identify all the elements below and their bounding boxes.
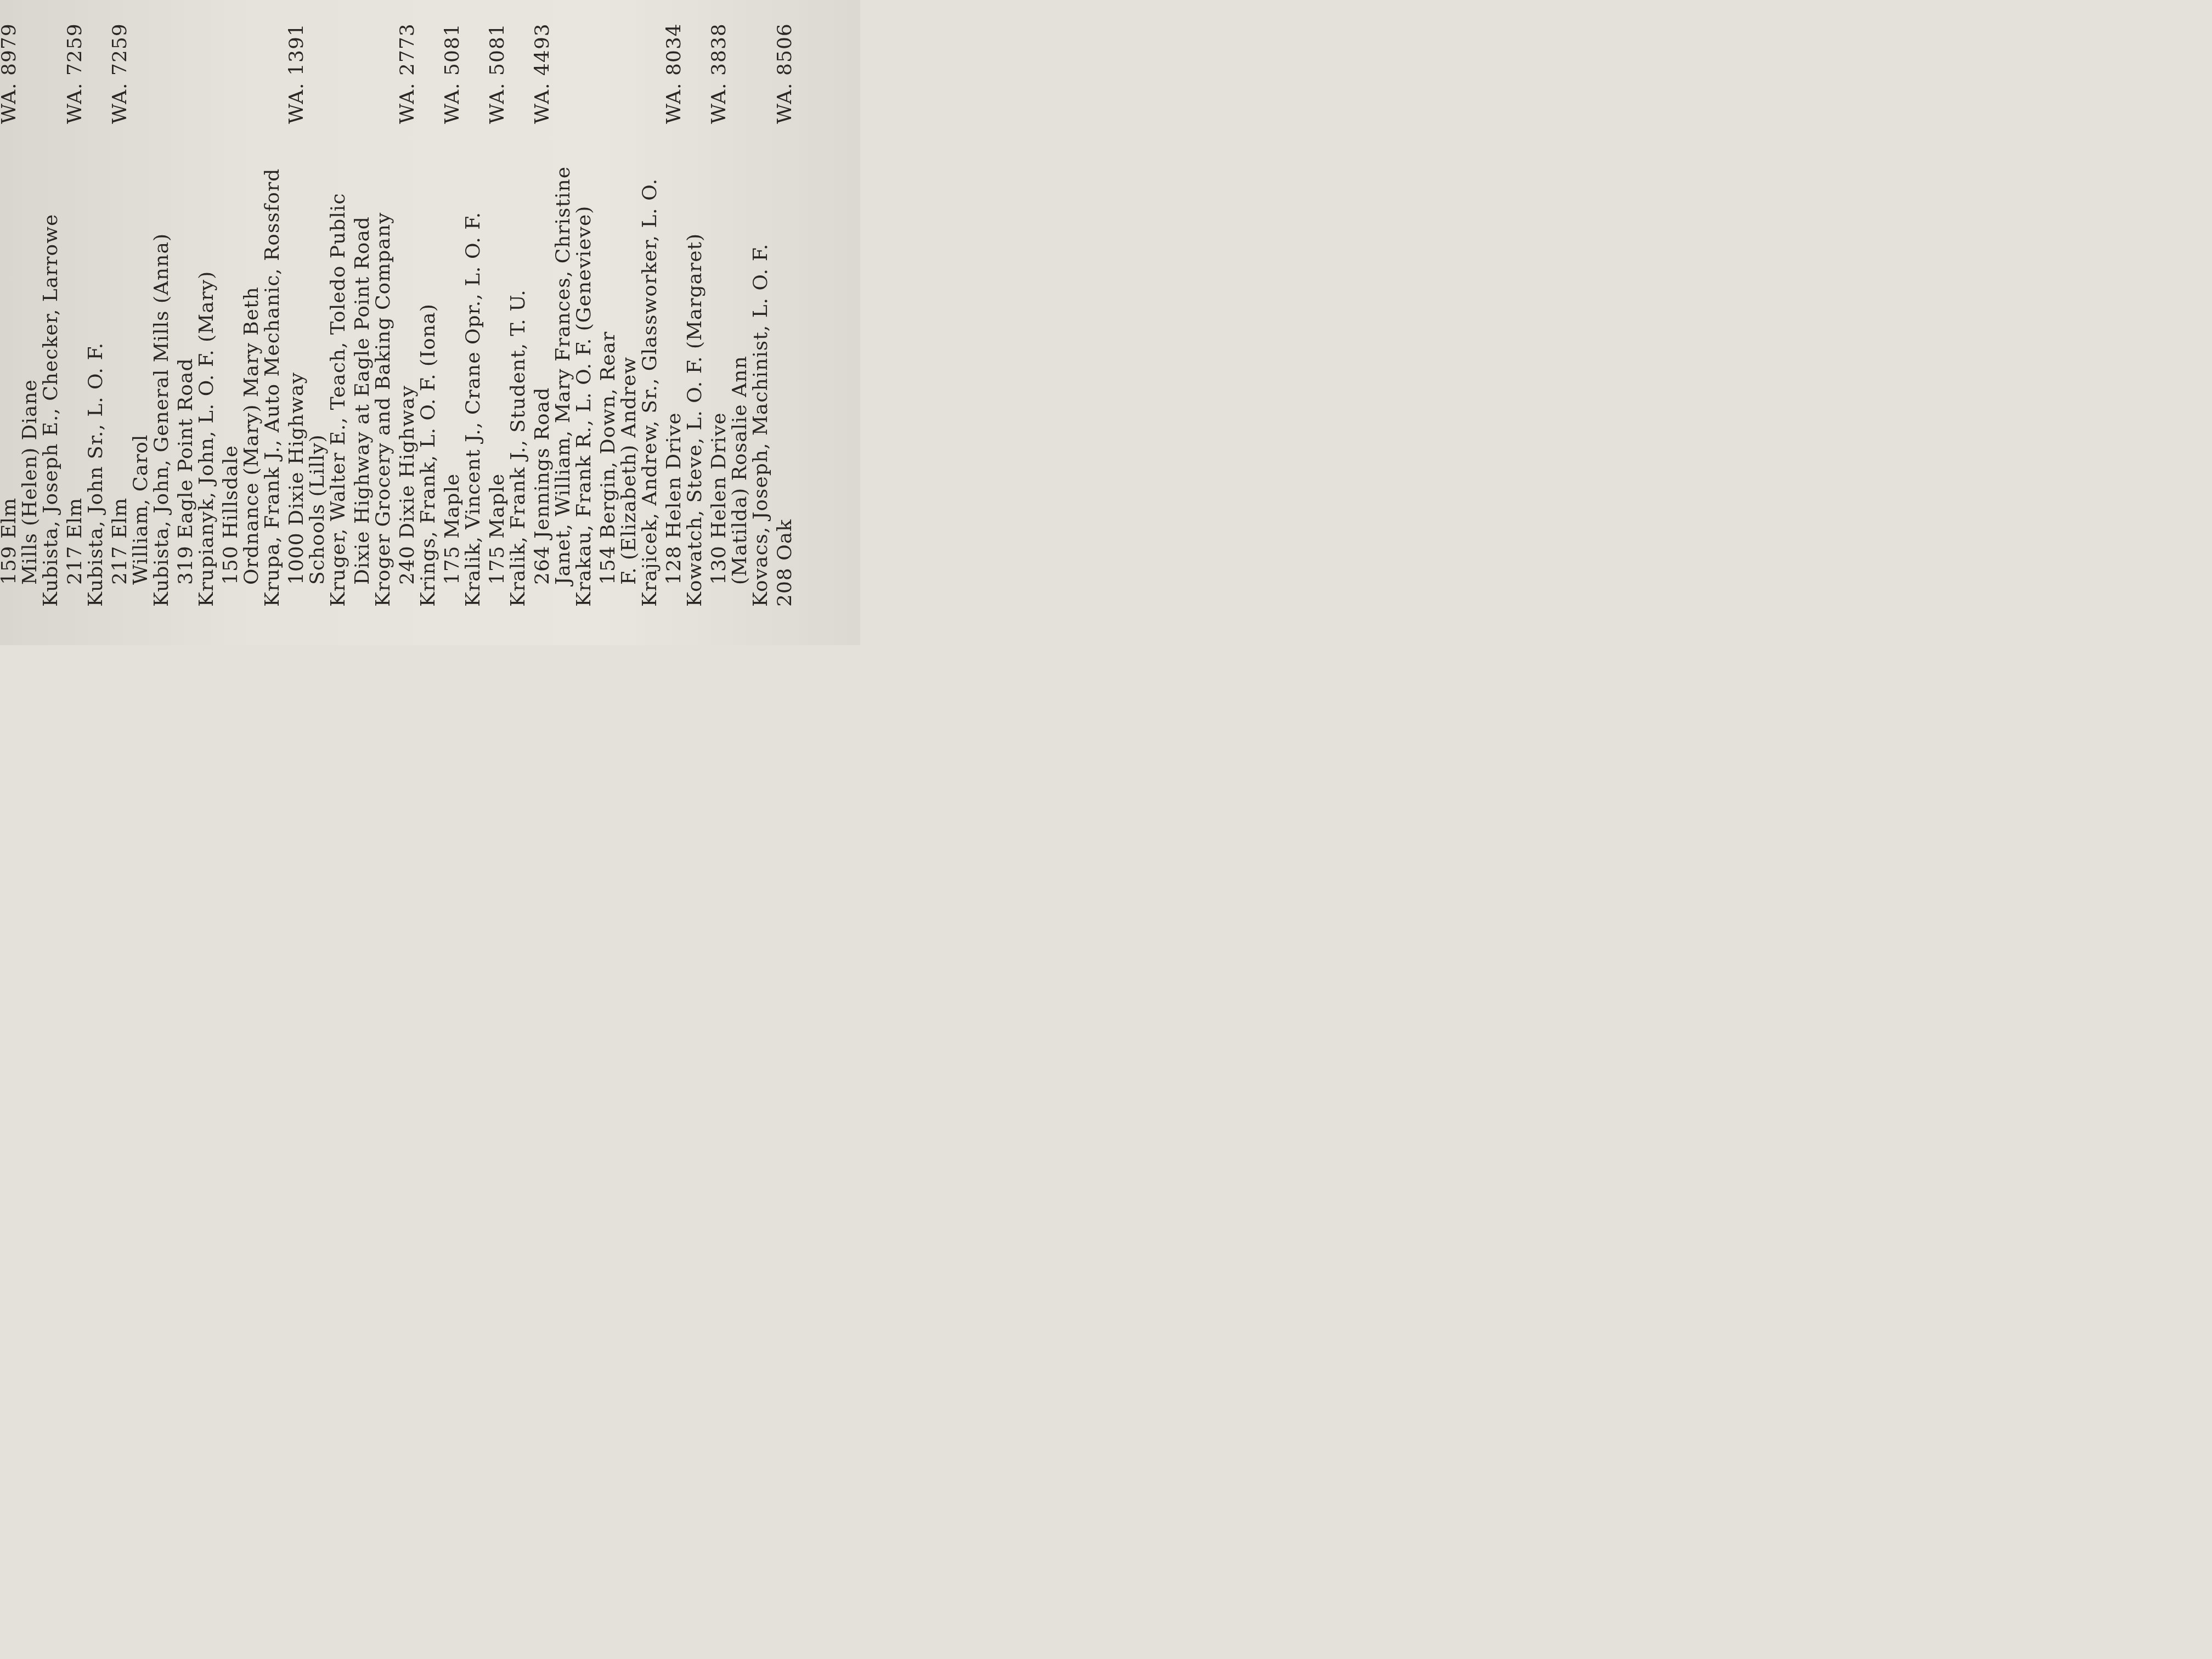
entry-detail: Schools (Lilly): [306, 434, 329, 585]
entry-name: Kubista, John, General Mills (Anna): [150, 233, 173, 607]
entry-name: Kubista, Joseph E., Checker, Larrowe: [39, 214, 62, 607]
entry-phone: WA. 5081: [486, 23, 509, 124]
entry-detail: 240 Dixie Highway: [396, 385, 419, 585]
entry-name: Kralik, Vincent J., Crane Opr., L. O. F.: [462, 212, 484, 607]
entry-detail: 154 Bergin, Down, Rear: [597, 331, 619, 585]
entry-detail: 1000 Dixie Highway: [285, 372, 308, 585]
entry-name: Kovacs, Joseph, Machinist, L. O. F.: [749, 243, 772, 607]
document-photo: 208 OakWA. 8506Kovacs, Joseph, Machinist…: [0, 0, 860, 645]
entry-detail: (Matilda) Rosalie Ann: [729, 356, 751, 585]
entry-detail: 130 Helen Drive: [708, 412, 730, 585]
entry-name: Kralik, Frank J., Student, T. U.: [507, 289, 529, 607]
entry-name: Kowatch, Steve, L. O. F. (Margaret): [684, 233, 706, 607]
directory-main-column: 208 OakWA. 8506Kovacs, Joseph, Machinist…: [0, 0, 795, 640]
entry-name: Krupianyk, John, L. O. F. (Mary): [195, 271, 218, 607]
entry-detail: Dixie Highway at Eagle Point Road: [351, 216, 374, 585]
entry-phone: WA. 7259: [64, 23, 86, 124]
entry-detail: Janet, William, Mary Frances, Christine: [552, 166, 574, 585]
entry-name: Kruger, Walter E., Teach, Toledo Public: [327, 193, 349, 607]
entry-detail: Ordnance (Mary) Mary Beth: [240, 286, 263, 585]
entry-phone: WA. 8034: [663, 23, 685, 124]
entry-phone: WA. 5081: [441, 23, 464, 124]
entry-phone: WA. 2773: [396, 23, 419, 124]
entry-phone: WA. 3838: [708, 23, 730, 124]
entry-phone: WA. 8506: [774, 23, 796, 124]
previous-column-margin: [806, 0, 860, 645]
entry-detail: William, Carol: [129, 435, 152, 585]
entry-name: Krakau, Frank R., L. O. F. (Genevieve): [573, 206, 595, 607]
entry-detail: 159 Elm: [0, 498, 20, 585]
entry-phone: WA. 7259: [109, 23, 131, 124]
entry-detail: 264 Jennings Road: [531, 387, 554, 585]
entry-name: Krings, Frank, L. O. F. (Iona): [417, 303, 439, 607]
entry-detail: 175 Maple: [486, 473, 509, 585]
entry-name: Krajicek, Andrew, Sr., Glassworker, L. O…: [639, 178, 661, 607]
entry-name: 208 Oak: [774, 519, 796, 607]
entry-detail: 175 Maple: [441, 473, 464, 585]
entry-name: Kroger Grocery and Baking Company: [372, 212, 394, 607]
entry-detail: 217 Elm: [109, 498, 131, 585]
entry-detail: 150 Hillsdale: [219, 445, 242, 585]
entry-detail: 319 Eagle Point Road: [174, 358, 197, 585]
entry-detail: F. (Elizabeth) Andrew: [618, 357, 640, 585]
entry-name: Kubista, John Sr., L. O. F.: [84, 342, 107, 607]
directory-page: 208 OakWA. 8506Kovacs, Joseph, Machinist…: [0, 0, 860, 645]
entry-detail: 128 Helen Drive: [663, 412, 685, 585]
entry-name: Krupa, Frank J., Auto Mechanic, Rossford: [261, 168, 284, 607]
entry-detail: 217 Elm: [64, 498, 86, 585]
entry-detail: Mills (Helen) Diane: [19, 379, 41, 585]
entry-phone: WA. 8979: [0, 23, 20, 124]
entry-phone: WA. 1391: [285, 23, 308, 124]
entry-phone: WA. 4493: [531, 23, 554, 124]
